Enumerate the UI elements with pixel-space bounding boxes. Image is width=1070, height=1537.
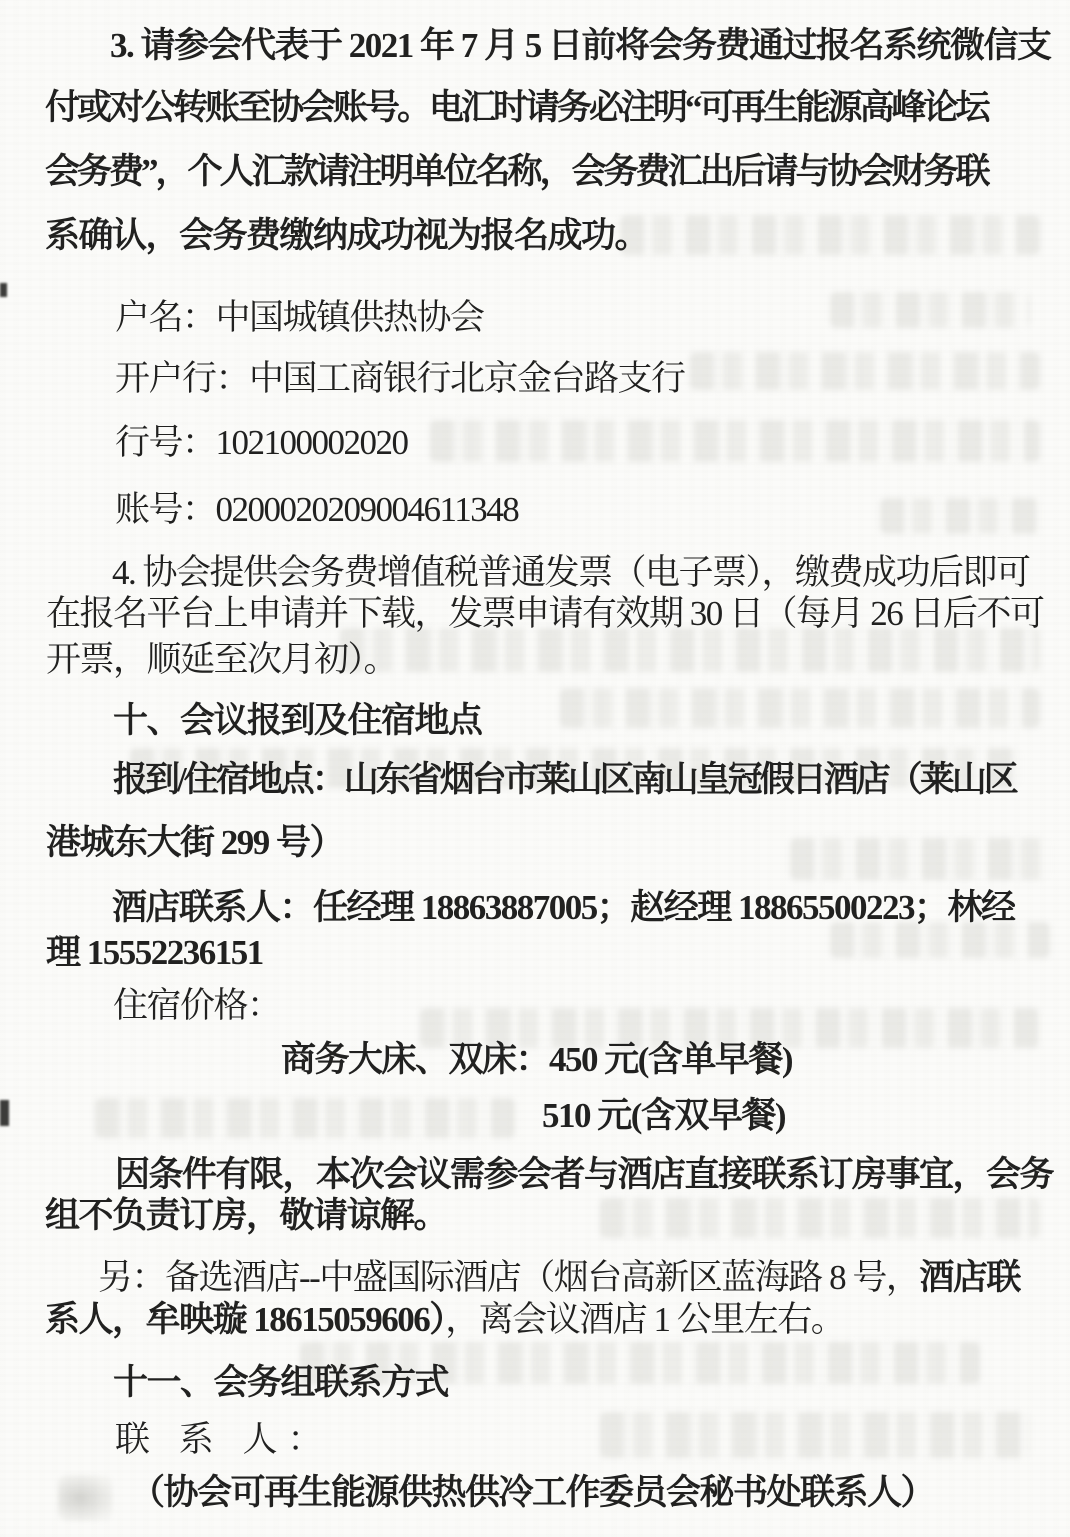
payment-paragraph-line3: 会务费”，个人汇款请注明单位名称，会务费汇出后请与协会财务联 xyxy=(45,152,988,192)
alt-hotel-line1-regular: 另：备选酒店--中盛国际酒店（烟台高新区蓝海路 8 号， xyxy=(98,1258,919,1297)
bleed-through-artifact xyxy=(340,628,1040,672)
checkin-location-line1: 报到/住宿地点：山东省烟台市莱山区南山皇冠假日酒店（莱山区 xyxy=(113,760,1016,800)
alt-hotel-line1-bold: 酒店联 xyxy=(919,1258,1020,1297)
booking-note-line1: 因条件有限，本次会议需参会者与酒店直接联系订房事宜，会务 xyxy=(115,1155,1053,1195)
bank-account-number: 账号：0200020209004611348 xyxy=(115,490,518,530)
bleed-through-artifact xyxy=(790,838,1050,880)
section11-heading: 十一、会务组联系方式 xyxy=(113,1363,448,1403)
bleed-through-artifact xyxy=(560,688,1040,728)
section10-heading: 十、会议报到及住宿地点 xyxy=(113,701,482,741)
bank-account-holder: 户名：中国城镇供热协会 xyxy=(115,298,484,338)
checkin-location-line2: 港城东大街 299 号） xyxy=(46,823,343,863)
hotel-contacts-line1: 酒店联系人：任经理 18863887005；赵经理 18865500223；林经 xyxy=(112,888,1015,928)
bleed-through-artifact xyxy=(95,1098,515,1138)
scan-edge-artifact xyxy=(0,1100,9,1126)
alt-hotel-line2-bold: 系人，牟映璇 18615059606） xyxy=(45,1300,445,1339)
bleed-through-artifact xyxy=(600,1412,1030,1458)
bleed-through-artifact xyxy=(880,498,1040,534)
room-price-single-breakfast: 商务大床、双床：450 元(含单早餐) xyxy=(281,1040,792,1080)
booking-note-line2: 组不负责订房，敬请谅解。 xyxy=(45,1196,447,1236)
bank-branch: 开户行：中国工商银行北京金台路支行 xyxy=(115,359,685,399)
payment-paragraph-line1: 3. 请参会代表于 2021 年 7 月 5 日前将会务费通过报名系统微信支 xyxy=(110,26,1051,66)
contact-note: （协会可再生能源供热供冷工作委员会秘书处联系人） xyxy=(130,1473,934,1513)
bleed-through-artifact xyxy=(830,292,1030,328)
price-label: 住宿价格： xyxy=(113,986,281,1026)
bleed-through-artifact xyxy=(690,352,1040,390)
invoice-paragraph-line3: 开票，顺延至次月初）。 xyxy=(46,640,397,680)
alt-hotel-line2-regular: ，离会议酒店 1 公里左右。 xyxy=(445,1300,844,1339)
payment-paragraph-line4: 系确认，会务费缴纳成功视为报名成功。 xyxy=(45,216,648,256)
bleed-through-artifact xyxy=(58,1475,113,1521)
bleed-through-artifact xyxy=(620,215,1040,255)
contact-person-label: 联 系 人： xyxy=(115,1420,333,1460)
scan-edge-artifact xyxy=(0,283,7,297)
bleed-through-artifact xyxy=(600,1198,1040,1238)
alt-hotel-line1: 另：备选酒店--中盛国际酒店（烟台高新区蓝海路 8 号，酒店联 xyxy=(98,1258,1020,1298)
invoice-paragraph-line2: 在报名平台上申请并下载，发票申请有效期 30 日（每月 26 日后不可 xyxy=(46,594,1044,634)
hotel-contacts-line2: 理 15552236151 xyxy=(46,933,263,973)
bank-number: 行号：102100002020 xyxy=(115,423,408,463)
invoice-paragraph-line1: 4. 协会提供会务费增值税普通发票（电子票），缴费成功后即可 xyxy=(112,553,1030,593)
room-price-double-breakfast: 510 元(含双早餐) xyxy=(542,1096,785,1136)
payment-paragraph-line2: 付或对公转账至协会账号。电汇时请务必注明“可再生能源高峰论坛 xyxy=(45,88,988,128)
alt-hotel-line2: 系人，牟映璇 18615059606），离会议酒店 1 公里左右。 xyxy=(45,1300,844,1340)
scanned-document-page: 3. 请参会代表于 2021 年 7 月 5 日前将会务费通过报名系统微信支 付… xyxy=(0,0,1070,1537)
bleed-through-artifact xyxy=(430,420,1040,462)
